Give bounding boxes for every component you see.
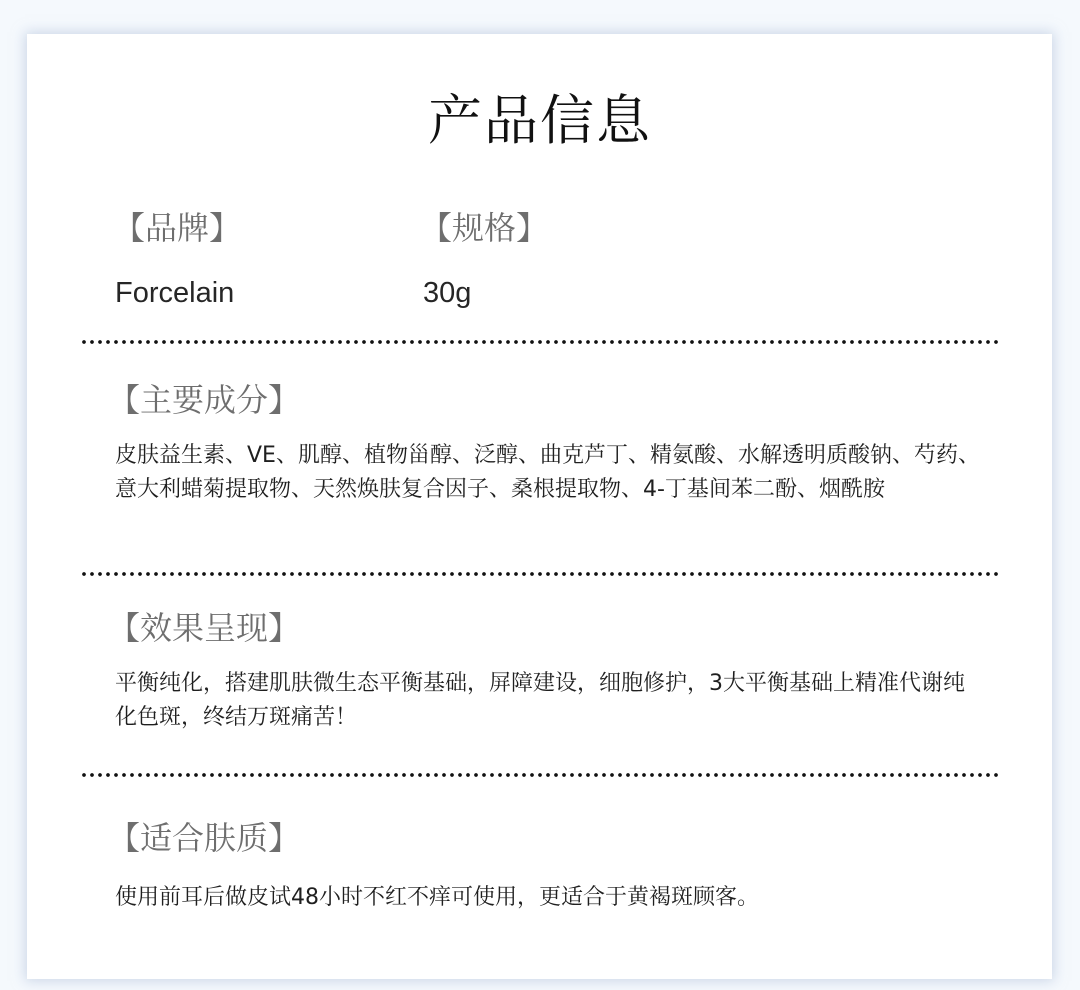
dotted-divider xyxy=(80,773,1000,777)
effects-label: 【效果呈现】 xyxy=(108,608,300,648)
spec-label: 【规格】 xyxy=(420,208,548,248)
brand-label: 【品牌】 xyxy=(113,208,241,248)
skin-type-text: 使用前耳后做皮试48小时不红不痒可使用，更适合于黄褐斑顾客。 xyxy=(115,881,985,915)
ingredients-text: 皮肤益生素、VE、肌醇、植物甾醇、泛醇、曲克芦丁、精氨酸、水解透明质酸钠、芍药、… xyxy=(115,439,985,507)
ingredients-label: 【主要成分】 xyxy=(108,380,300,420)
skin-type-label: 【适合肤质】 xyxy=(108,818,300,858)
dotted-divider xyxy=(80,572,1000,576)
effects-text: 平衡纯化，搭建肌肤微生态平衡基础，屏障建设，细胞修护，3大平衡基础上精准代谢纯化… xyxy=(115,667,985,735)
spec-value: 30g xyxy=(423,275,471,311)
brand-value: Forcelain xyxy=(115,275,234,311)
page-title: 产品信息 xyxy=(0,88,1080,154)
dotted-divider xyxy=(80,340,1000,344)
